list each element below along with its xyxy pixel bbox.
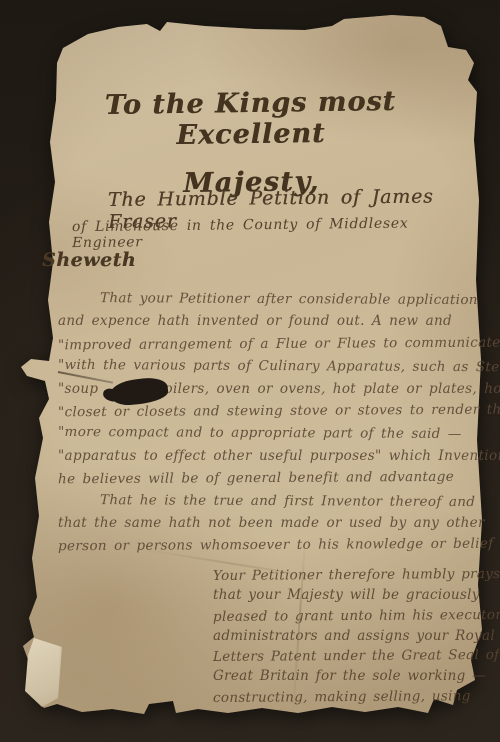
manuscript-line: constructing, making selling, using bbox=[213, 686, 483, 708]
sheweth-heading: Sheweth bbox=[42, 249, 136, 271]
manuscript-line: "improved arrangement of a Flue or Flues… bbox=[58, 332, 476, 357]
manuscript-line: and expence hath invented or found out. … bbox=[58, 310, 476, 332]
manuscript-line: that your Majesty will be graciously bbox=[213, 585, 483, 605]
manuscript-line: That your Petitioner after considerable … bbox=[58, 287, 476, 312]
petition-heading-line-2: of Limehouse in the County of Middlesex … bbox=[72, 215, 472, 251]
manuscript-line: administrators and assigns your Royal bbox=[213, 626, 483, 646]
manuscript-line: he believes will be of general benefit a… bbox=[58, 466, 476, 491]
manuscript-text: To the Kings most Excellent Majesty, The… bbox=[0, 0, 500, 742]
manuscript-line: "with the various parts of Culinary Appa… bbox=[58, 354, 476, 379]
manuscript-line: That he is the true and first Inventor t… bbox=[58, 489, 476, 514]
manuscript-line: "more compact and to appropriate part of… bbox=[58, 421, 476, 446]
manuscript-line: pleased to grant unto him his executors bbox=[213, 605, 483, 627]
manuscript-line: that the same hath not been made or used… bbox=[58, 512, 476, 534]
document-title: To the Kings most Excellent Majesty, bbox=[54, 85, 447, 200]
manuscript-line: Letters Patent under the Great Seal of bbox=[213, 645, 483, 667]
title-line-1: To the Kings most Excellent bbox=[54, 85, 447, 152]
photo-background: To the Kings most Excellent Majesty, The… bbox=[0, 0, 500, 742]
manuscript-line: person or persons whomsoever to his know… bbox=[58, 533, 476, 558]
manuscript-line: "apparatus to effect other useful purpos… bbox=[58, 445, 476, 467]
petition-body: That your Petitioner after considerable … bbox=[58, 288, 476, 557]
petition-prayer: Your Petitioner therefore humbly prays t… bbox=[213, 565, 483, 707]
manuscript-line: Great Britain for the sole working — bbox=[213, 666, 483, 686]
